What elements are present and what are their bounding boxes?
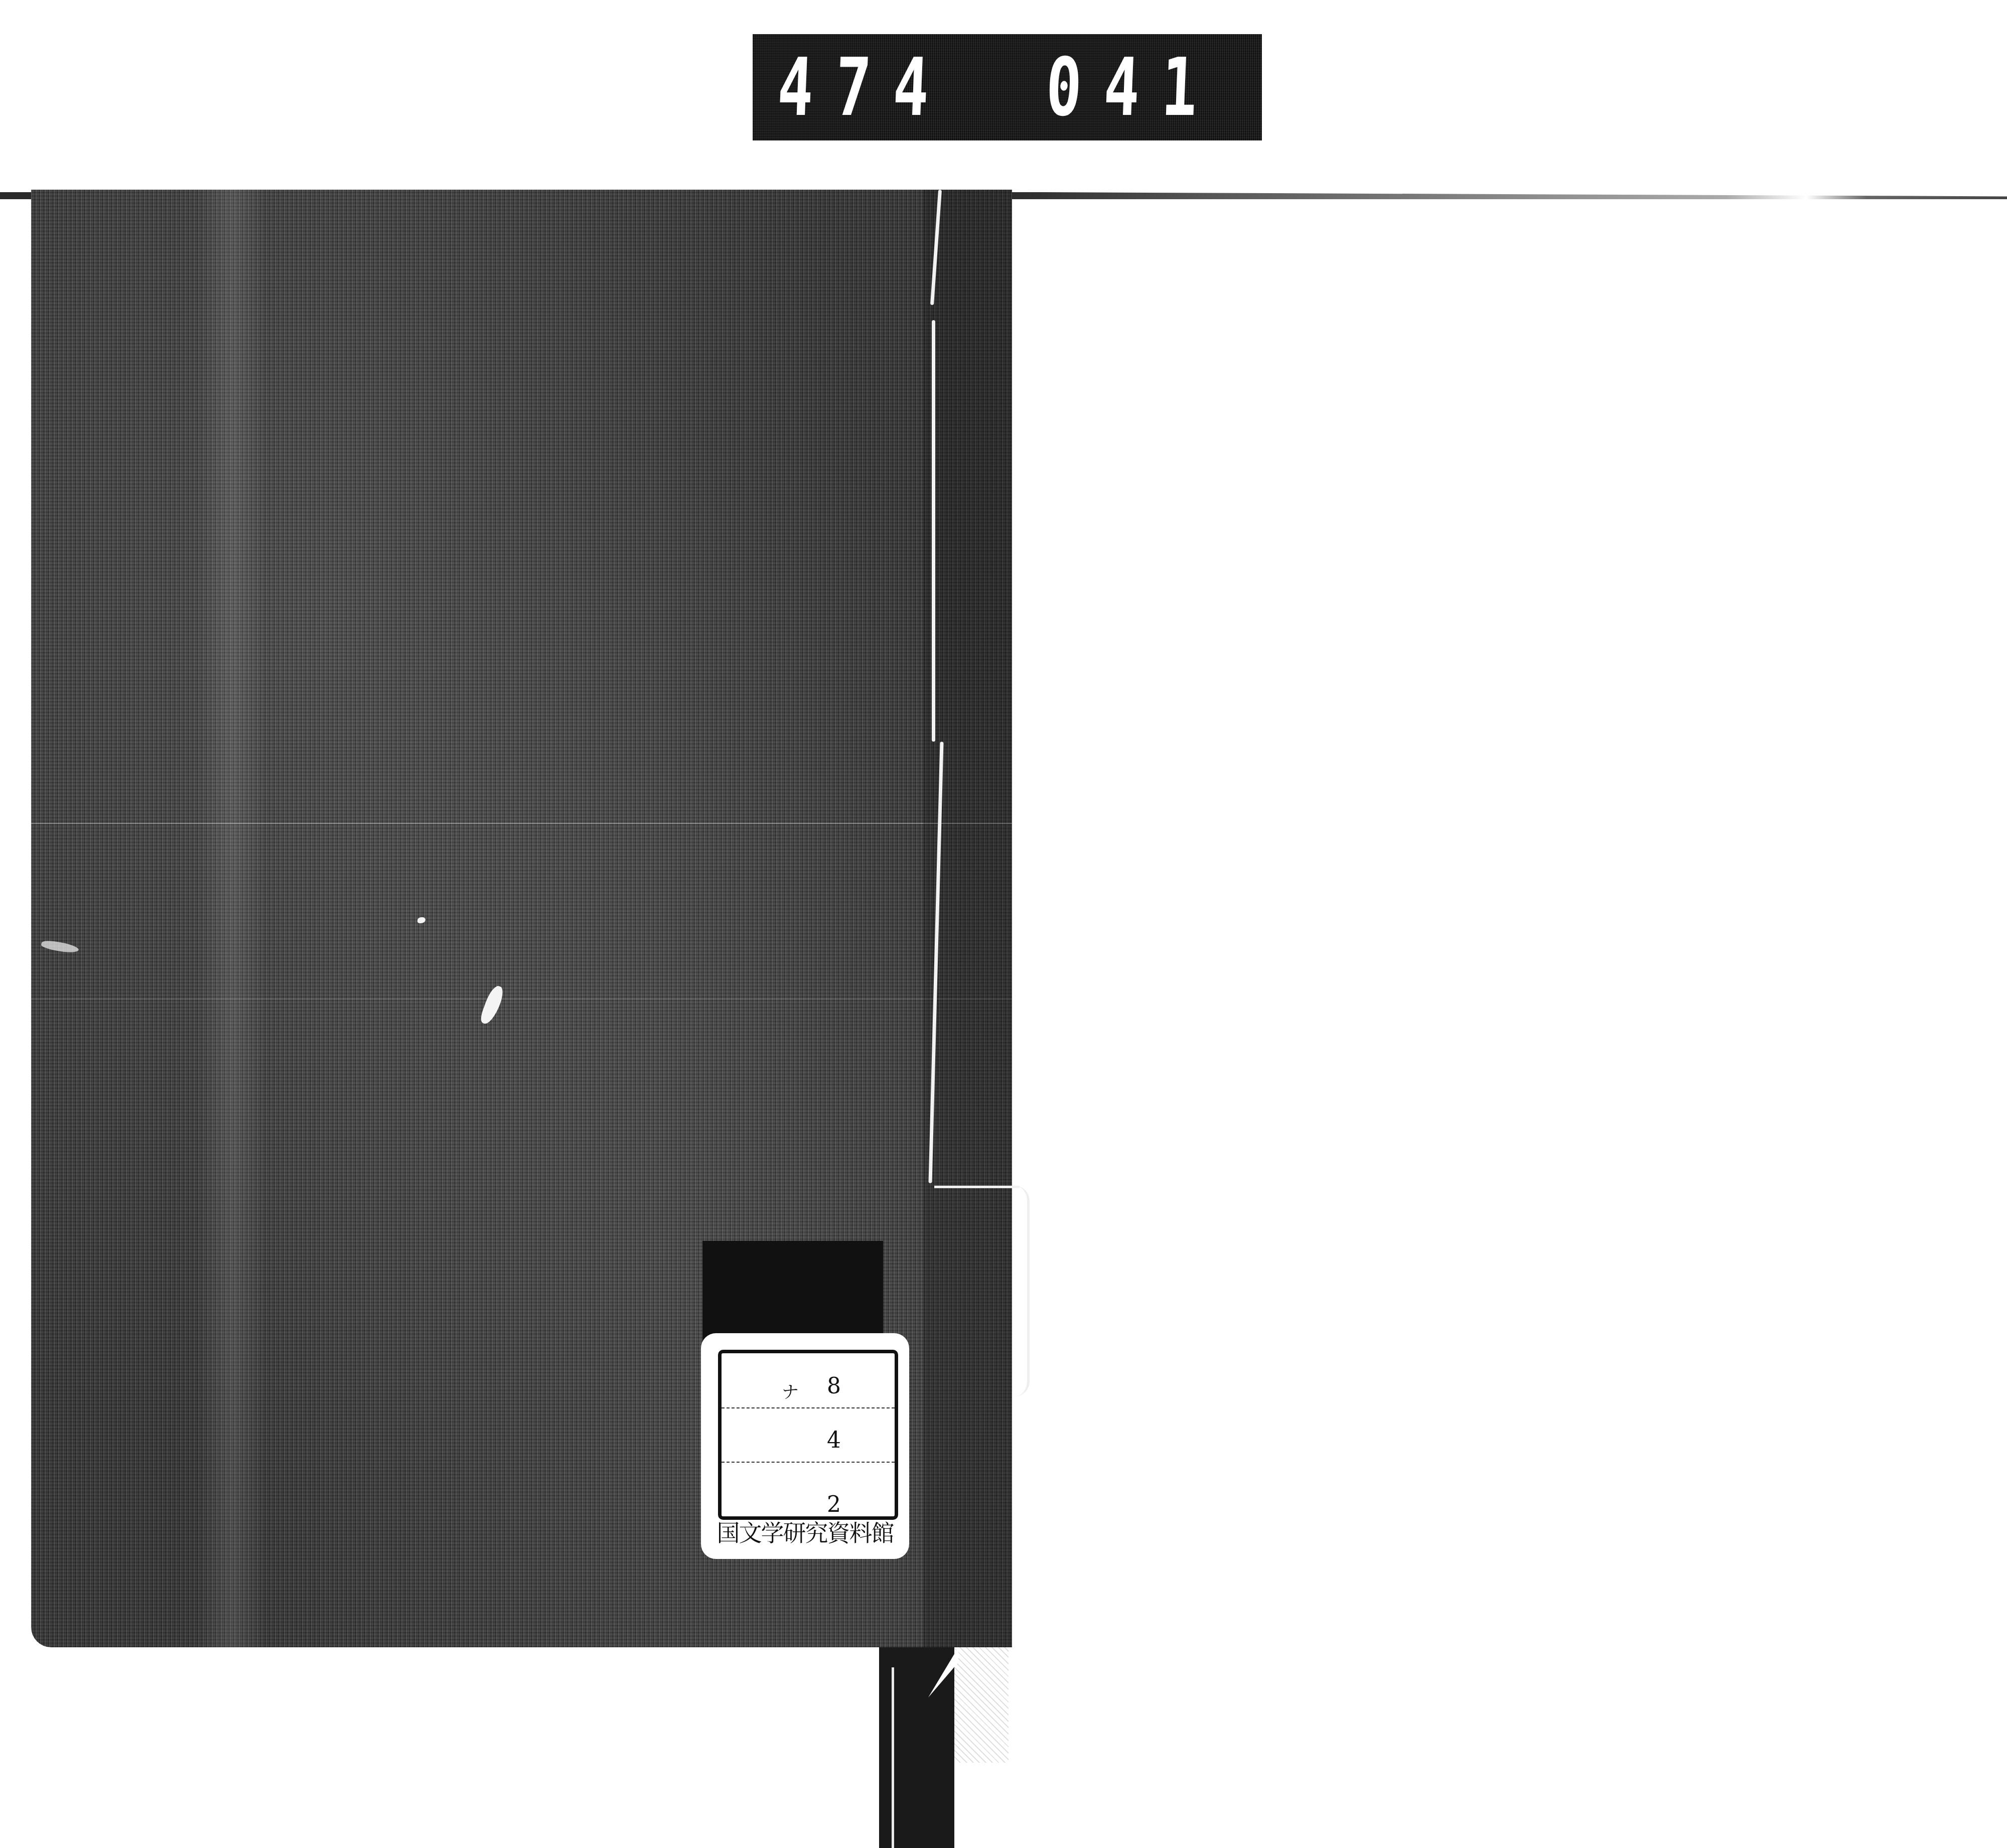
cover-damage-mark [479, 984, 506, 1027]
cover-crease [31, 823, 1012, 824]
label-row: 4 [722, 1407, 895, 1463]
label-box: ナ 8 4 2 [718, 1350, 898, 1520]
cover-damage-mark [41, 938, 79, 955]
label-number: 4 [827, 1428, 841, 1453]
cover-spine-highlight [197, 190, 267, 1647]
cover-crease [31, 999, 1012, 1000]
call-number-plate: 474 041 [753, 34, 1262, 140]
label-row: 2 [722, 1462, 895, 1516]
binding-tab-stripe [892, 1667, 894, 1848]
binding-thread [932, 320, 935, 742]
scan-speckle [953, 1647, 1009, 1763]
call-number-right: 041 [1045, 41, 1221, 134]
label-number: 2 [827, 1492, 841, 1517]
label-kana: ナ [782, 1378, 799, 1403]
label-row: ナ 8 [722, 1353, 895, 1408]
label-institution: 国文学研究資料館 [701, 1515, 909, 1548]
call-number-left: 474 [776, 41, 952, 134]
cover-damage-mark [417, 917, 425, 923]
binding-thread-loop [1007, 1186, 1030, 1396]
library-label: ナ 8 4 2 国文学研究資料館 [701, 1333, 909, 1559]
label-number: 8 [827, 1373, 841, 1399]
